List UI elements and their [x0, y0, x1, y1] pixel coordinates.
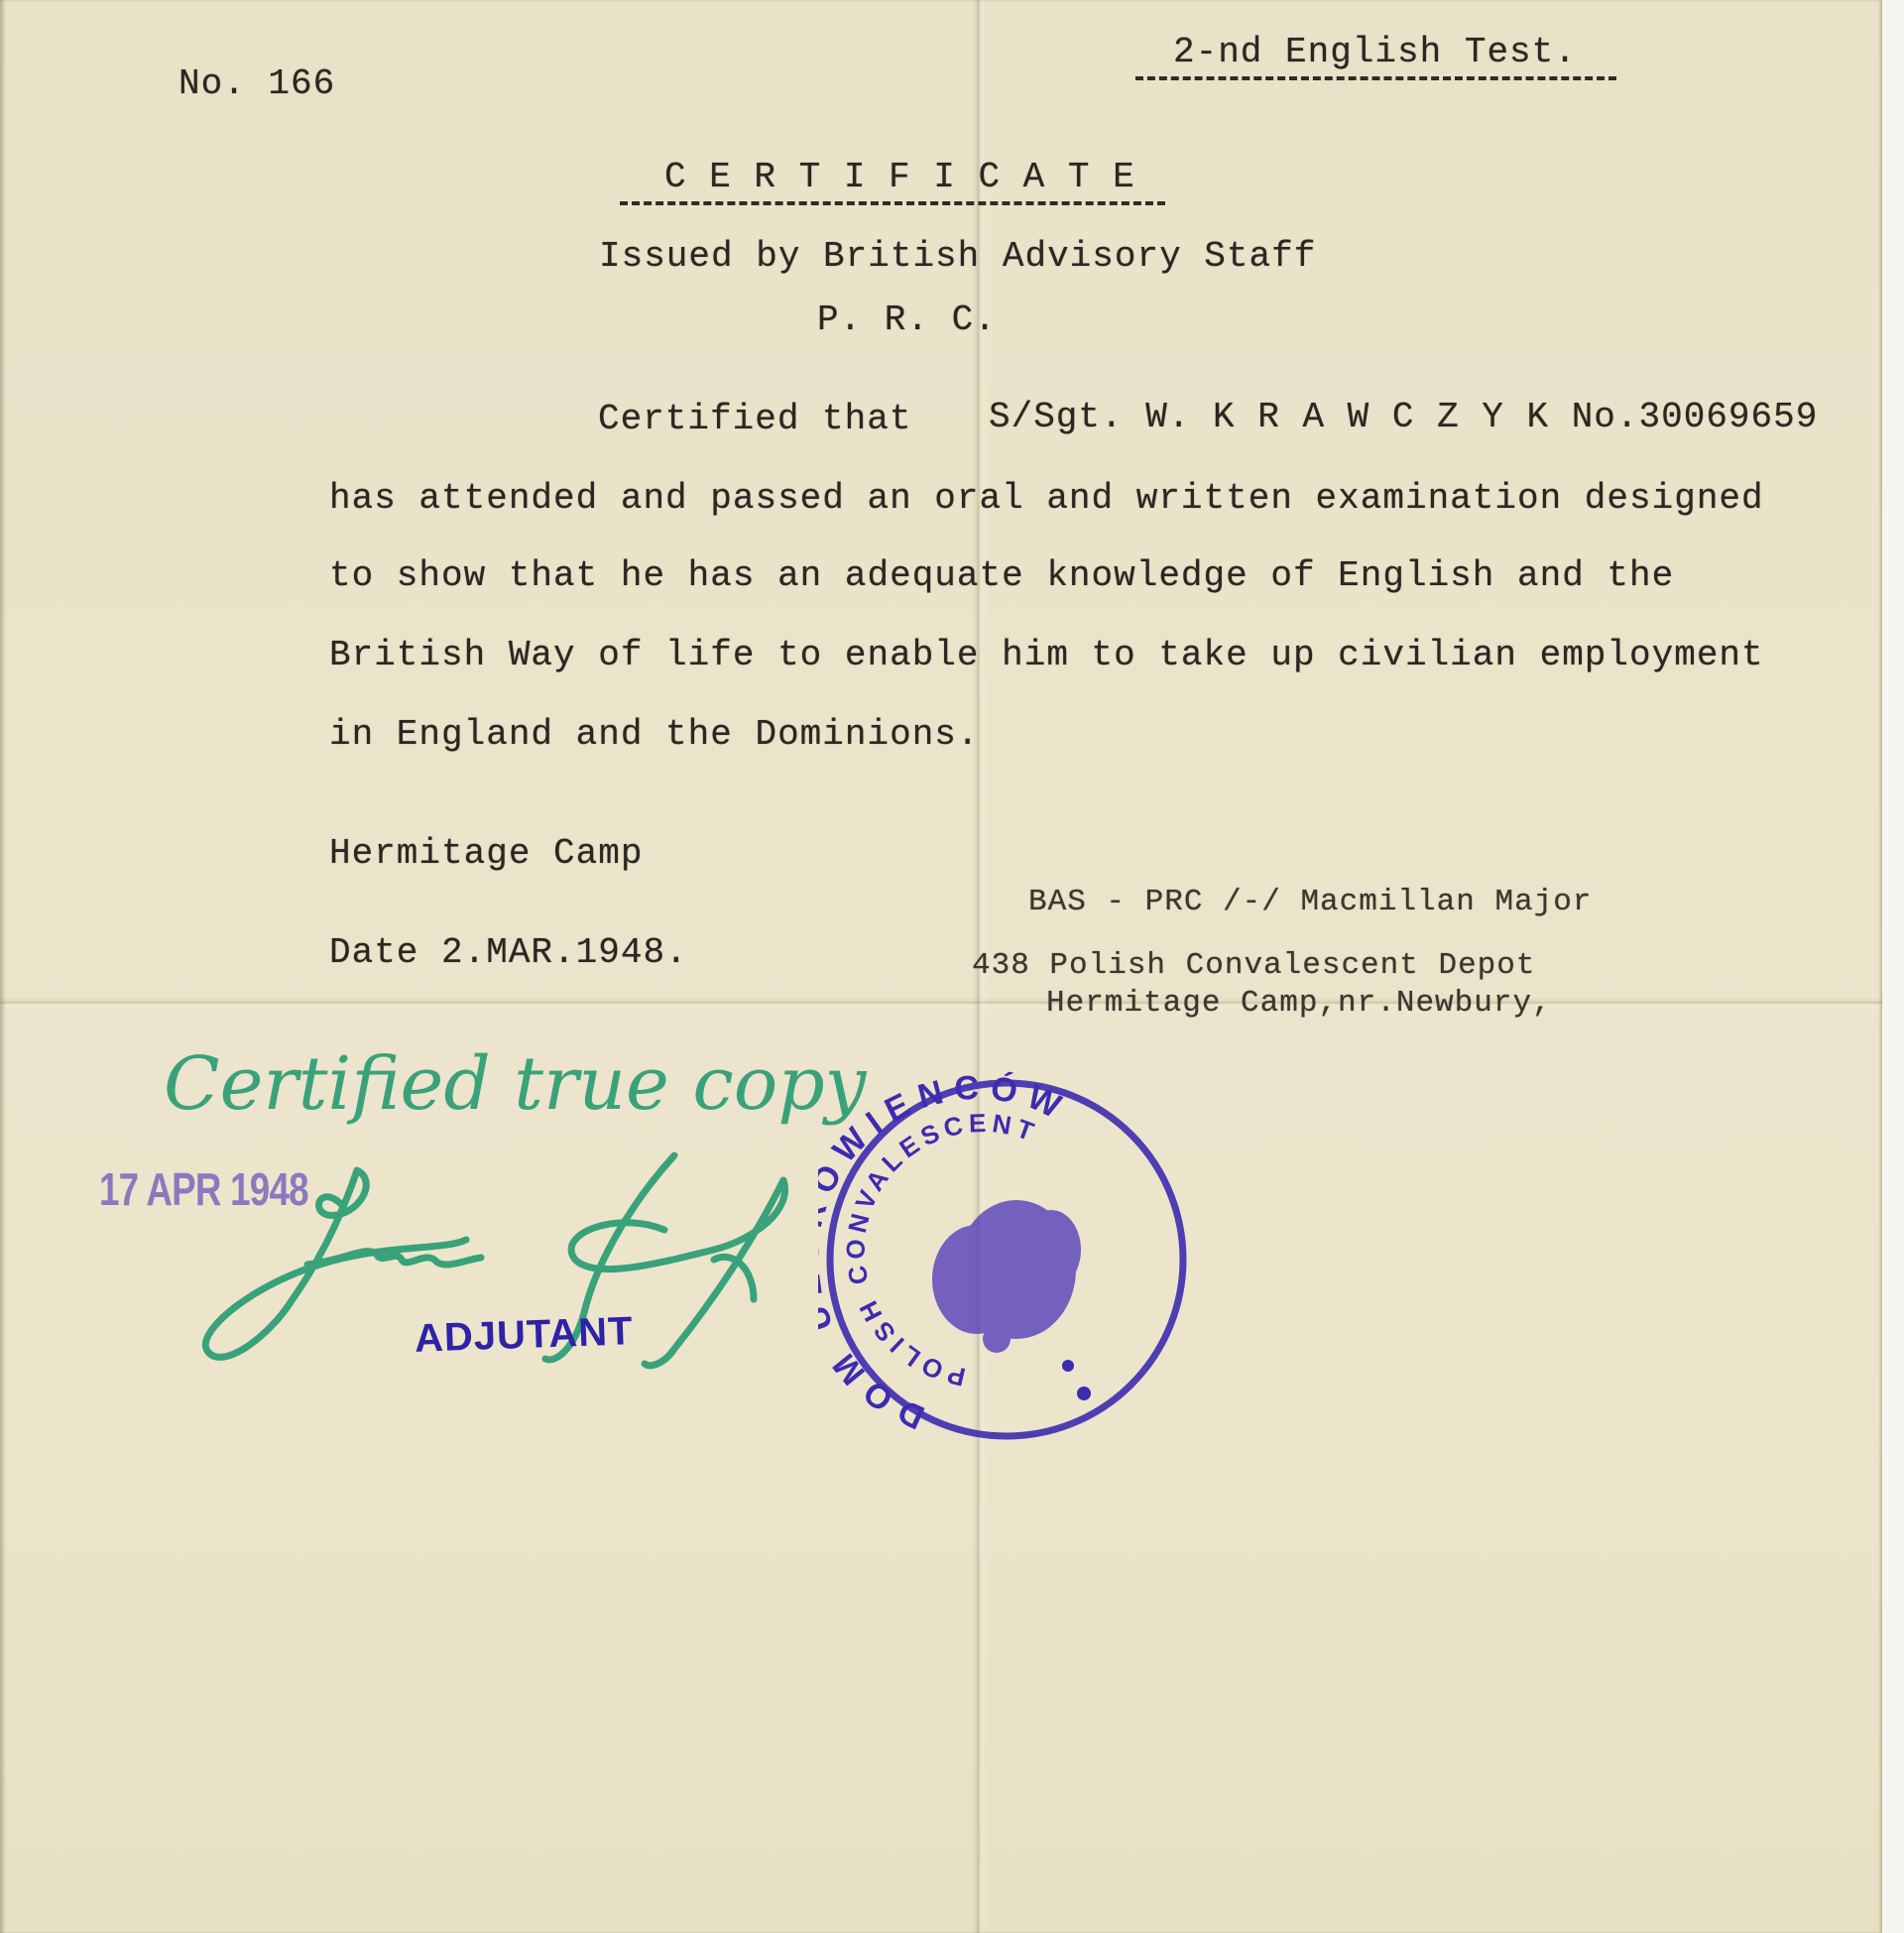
unit-line-1: 438 Polish Convalescent Depot — [972, 948, 1536, 983]
signatory-line: BAS - PRC /-/ Macmillan Major — [1028, 885, 1593, 919]
body-line-3: to show that he has an adequate knowledg… — [329, 555, 1674, 596]
adjutant-stamp: ADJUTANT — [414, 1309, 634, 1362]
certificate-number: No. 166 — [178, 63, 335, 104]
unit-line-2: Hermitage Camp,nr.Newbury, — [1046, 986, 1552, 1021]
test-label: 2-nd English Test. — [1135, 32, 1616, 80]
issuer-abbreviation: P. R. C. — [817, 300, 997, 340]
eagle-emblem-icon — [932, 1200, 1081, 1353]
body-line-4: British Way of life to enable him to tak… — [329, 635, 1764, 675]
paper-edge — [0, 0, 6, 1933]
subject-name: S/Sgt. W. K R A W C Z Y K No.30069659 — [989, 397, 1818, 437]
horizontal-fold-line — [0, 1002, 1882, 1004]
body-line-2: has attended and passed an oral and writ… — [329, 478, 1764, 519]
certificate-paper — [0, 0, 1882, 1933]
body-line-5: in England and the Dominions. — [329, 714, 980, 755]
body-line-1-prefix: Certified that — [598, 399, 911, 439]
convalescent-depot-seal: DOM UZDROWIENCÓW POLISH CONVALESCENT — [818, 1071, 1195, 1448]
issuer-line: Issued by British Advisory Staff — [599, 236, 1316, 277]
issue-date: Date 2.MAR.1948. — [329, 932, 688, 973]
place-of-issue: Hermitage Camp — [329, 833, 643, 874]
handwritten-certification-note: Certified true copy — [164, 1041, 867, 1127]
document-title: C E R T I F I C A T E — [620, 157, 1165, 205]
